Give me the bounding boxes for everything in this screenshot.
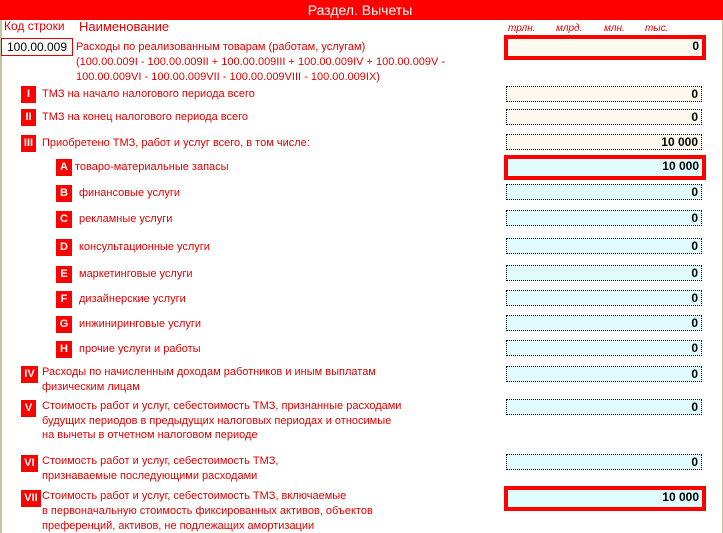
row-label-line: рекламные услуги (79, 212, 172, 227)
row-label-line: инжиниринговые услуги (79, 317, 201, 332)
row-value-field[interactable]: 0 (506, 210, 702, 226)
row-badge: E (56, 266, 72, 283)
row-label: Расходы по начисленным доходам работнико… (42, 365, 376, 395)
row-label-line: ТМЗ на начало налогового периода всего (42, 87, 255, 102)
row-label: Стоимость работ и услуг, себестоимость Т… (42, 489, 373, 533)
main-row-label-line: (100.00.009I - 100.00.009II + 100.00.009… (76, 55, 445, 70)
main-row-label-line: 100.00.009VI - 100.00.009VII - 100.00.00… (76, 70, 445, 85)
frame-left-border (0, 0, 2, 533)
row-value-field[interactable]: 0 (506, 109, 702, 125)
row-value-field[interactable]: 0 (506, 238, 702, 254)
row-value-field[interactable]: 0 (506, 184, 702, 200)
row-label-line: в первоначальную стоимость фиксированных… (42, 504, 373, 519)
row-badge: D (56, 239, 72, 256)
row-label-line: консультационные услуги (79, 240, 210, 255)
row-label: Приобретено ТМЗ, работ и услуг всего, в … (42, 136, 310, 151)
row-label-line: физическим лицам (42, 380, 376, 395)
row-value-field[interactable]: 10 000 (508, 159, 702, 176)
row-badge: III (21, 135, 36, 152)
row-label: финансовые услуги (79, 186, 180, 201)
row-label-line: маркетинговые услуги (79, 267, 193, 282)
row-label-line: Стоимость работ и услуг, себестоимость Т… (42, 454, 278, 469)
row-label-line: признаваемые последующими расходами (42, 469, 278, 484)
row-label: товаро-материальные запасы (75, 160, 229, 175)
row-badge: IV (21, 366, 38, 383)
main-row-label-line: Расходы по реализованным товарам (работа… (76, 40, 445, 55)
row-label-line: преференций, активов, не подлежащих амор… (42, 519, 373, 533)
main-row-label: Расходы по реализованным товарам (работа… (76, 40, 445, 85)
row-label-line: Стоимость работ и услуг, себестоимость Т… (42, 399, 401, 414)
row-value-field[interactable]: 0 (506, 265, 702, 281)
row-value-field[interactable]: 0 (506, 340, 702, 356)
row-badge: F (56, 291, 72, 308)
line-code: 100.00.009 (1, 38, 73, 56)
row-label: прочие услуги и работы (79, 342, 201, 357)
row-value-field[interactable]: 10 000 (506, 134, 702, 150)
row-label-line: Стоимость работ и услуг, себестоимость Т… (42, 489, 373, 504)
row-badge: A (56, 159, 72, 176)
row-label: ТМЗ на конец налогового периода всего (42, 110, 248, 125)
row-label: инжиниринговые услуги (79, 317, 201, 332)
row-value-field[interactable]: 0 (506, 454, 702, 470)
unit-million: млн. (604, 23, 625, 34)
row-value-field[interactable]: 0 (506, 290, 702, 306)
row-label-line: товаро-материальные запасы (75, 160, 229, 175)
row-value-field[interactable]: 10 000 (508, 490, 702, 507)
row-badge: H (56, 341, 72, 358)
row-label-line: дизайнерские услуги (79, 292, 186, 307)
row-badge: VII (21, 490, 41, 507)
main-row-value-field[interactable]: 0 (508, 39, 702, 56)
row-label: Стоимость работ и услуг, себестоимость Т… (42, 399, 401, 443)
unit-thousand: тыс. (645, 23, 668, 34)
unit-trillion: трлн. (508, 23, 535, 34)
row-label-line: Расходы по начисленным доходам работнико… (42, 365, 376, 380)
row-value-field[interactable]: 0 (506, 366, 702, 382)
row-badge: B (56, 185, 72, 202)
row-badge: C (56, 211, 72, 228)
row-label: ТМЗ на начало налогового периода всего (42, 87, 255, 102)
row-label-line: финансовые услуги (79, 186, 180, 201)
row-label: дизайнерские услуги (79, 292, 186, 307)
row-label-line: прочие услуги и работы (79, 342, 201, 357)
row-value-field[interactable]: 0 (506, 315, 702, 331)
row-label-line: будущих периодов в предыдущих налоговых … (42, 414, 401, 429)
unit-billion: млрд. (556, 23, 582, 34)
row-badge: VI (21, 455, 38, 472)
column-header-code: Код строки (4, 19, 65, 33)
row-label: маркетинговые услуги (79, 267, 193, 282)
column-header-name: Наименование (79, 19, 169, 34)
row-label: консультационные услуги (79, 240, 210, 255)
row-badge: I (21, 86, 36, 103)
row-badge: II (21, 109, 36, 126)
row-value-field[interactable]: 0 (506, 399, 702, 415)
row-value-field[interactable]: 0 (506, 86, 702, 102)
section-title-bar: Раздел. Вычеты (0, 0, 723, 20)
row-label-line: ТМЗ на конец налогового периода всего (42, 110, 248, 125)
row-label: рекламные услуги (79, 212, 172, 227)
section-title: Раздел. Вычеты (280, 0, 440, 20)
row-badge: V (21, 400, 36, 417)
row-label-line: Приобретено ТМЗ, работ и услуг всего, в … (42, 136, 310, 151)
row-label-line: на вычеты в отчетном налоговом периоде (42, 428, 401, 443)
row-badge: G (56, 316, 72, 333)
row-label: Стоимость работ и услуг, себестоимость Т… (42, 454, 278, 484)
